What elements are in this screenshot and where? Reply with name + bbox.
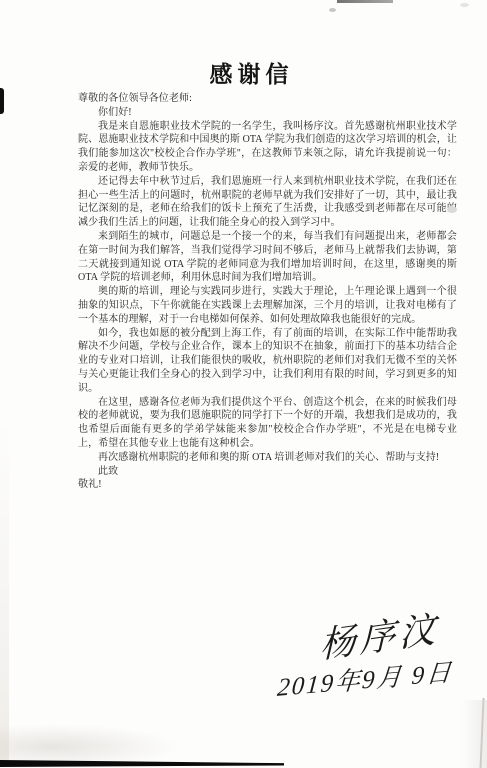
scan-artifact-right-edge-shadow-line — [479, 698, 484, 768]
letter-paragraph: 来到陌生的城市，问题总是一个接一个的来，每当我们有问题提出来，老师都会在第一时间… — [78, 230, 457, 285]
scan-artifact-left-edge-noise — [0, 420, 9, 764]
scanned-letter-page: 感谢信 尊敬的各位领导各位老师: 你们好! 我是来自恩施职业技术学院的一名学生，… — [0, 0, 487, 768]
letter-paragraph: 如今，我也如愿的被分配到上海工作，有了前面的培训，在实际工作中能帮助我解决不少问… — [78, 327, 457, 396]
letter-closing-jingli: 敬礼! — [78, 478, 457, 492]
letter-paragraph: 还记得去年中秋节过后，我们恩施班一行人来到杭州职业技术学院，在我们还在担心一些生… — [78, 175, 457, 230]
scan-artifact-bottom-black-line — [0, 760, 284, 767]
scan-artifact-top-dot — [329, 8, 336, 12]
letter-paragraph: 在这里，感谢各位老师为我们提供这个平台、创造这个机会，在来的时候我们母校的老师就… — [78, 396, 457, 451]
letter-greeting: 尊敬的各位领导各位老师: — [78, 92, 457, 106]
letter-paragraph: 奥的斯的培训，理论与实践同步进行，实践大于理论，上午理论课上遇到一个很抽象的知识… — [78, 285, 457, 326]
letter-paragraph: 再次感谢杭州职院的老师和奥的斯 OTA 培训老师对我们的关心、帮助与支持! — [78, 451, 457, 465]
scan-artifact-bottom-smudge — [0, 724, 180, 762]
scan-artifact-top-edge-line — [337, 0, 393, 3]
letter-title: 感谢信 — [0, 56, 487, 89]
letter-closing-cizhi: 此致 — [78, 465, 457, 479]
handwritten-date: 2019年9月 9日 — [276, 652, 455, 704]
letter-paragraph: 我是来自恩施职业技术学院的一名学生，我叫杨序汶。首先感谢杭州职业技术学院、恩施职… — [78, 120, 457, 175]
scan-artifact-bottom-right-shade — [462, 700, 487, 768]
letter-paragraph: 你们好! — [78, 106, 457, 120]
scan-artifact-top-right-mark — [460, 3, 469, 7]
scan-artifact-left-edge-mark — [0, 88, 4, 114]
letter-body: 尊敬的各位领导各位老师: 你们好! 我是来自恩施职业技术学院的一名学生，我叫杨序… — [78, 92, 457, 492]
